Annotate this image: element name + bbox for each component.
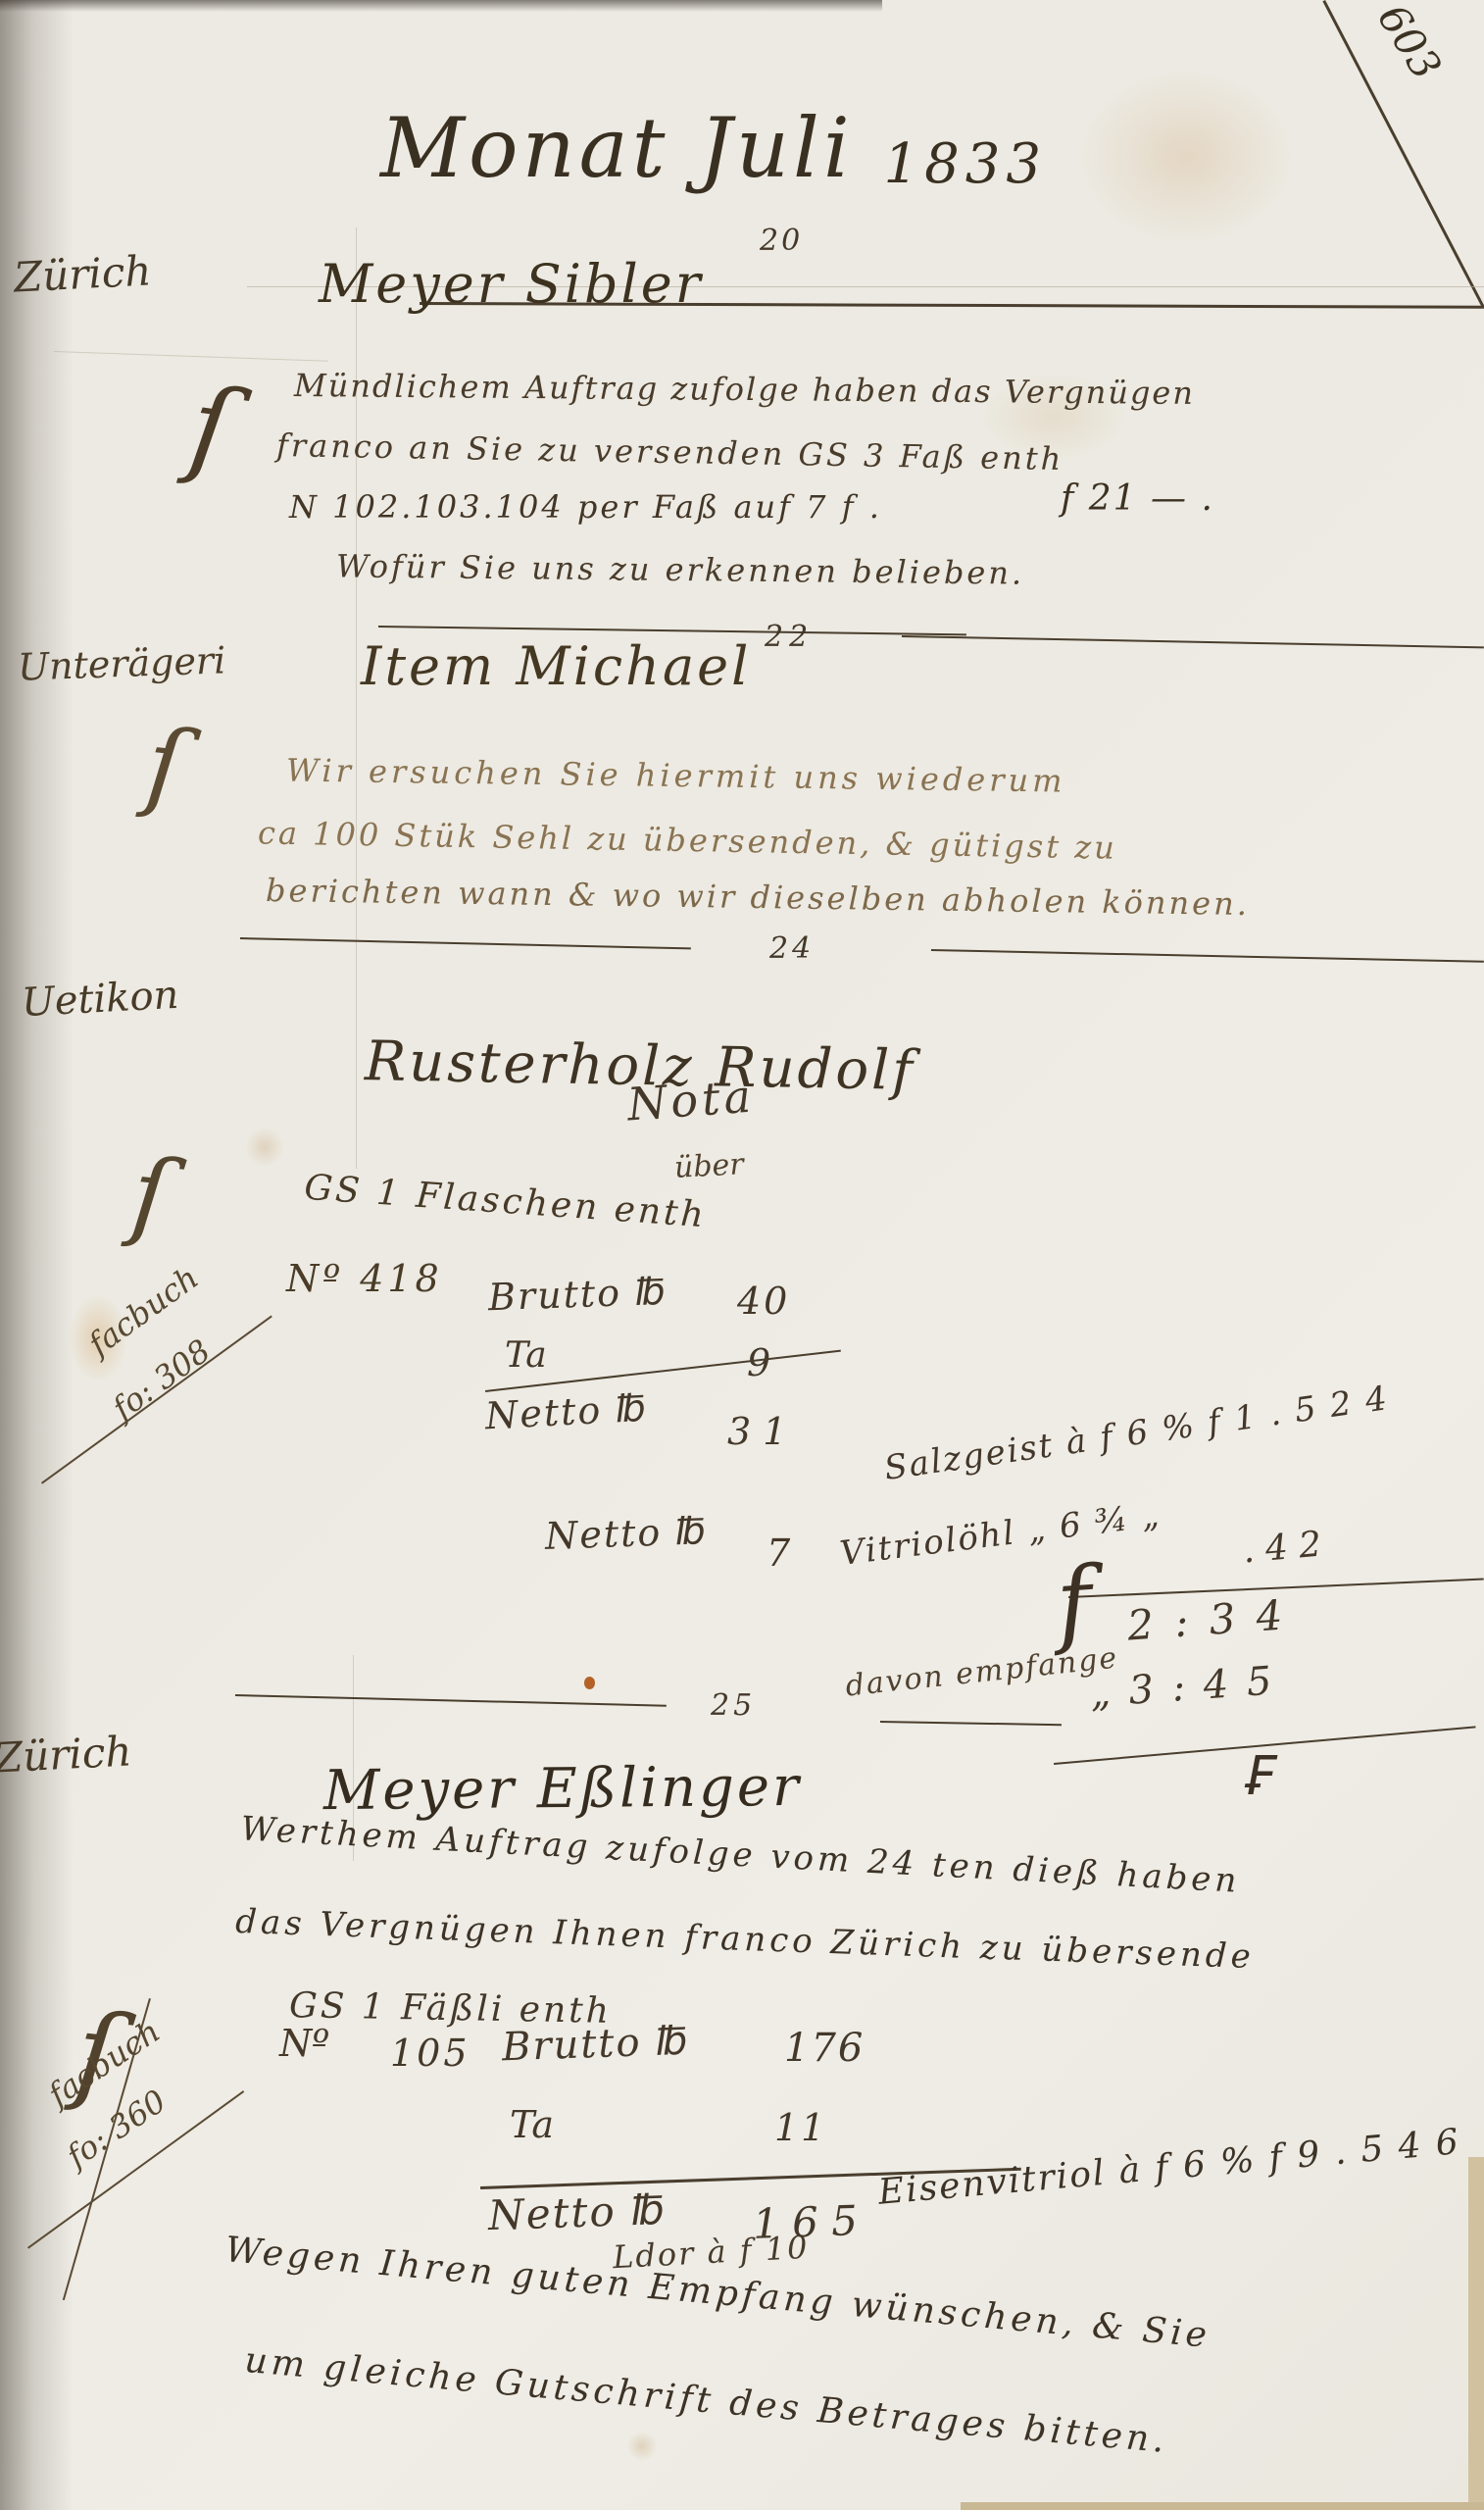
entry-1-line-3: N 102.103.104 per Faß auf 7 f .	[289, 488, 882, 526]
page-number: 603	[1368, 0, 1451, 87]
flourish-mark: ſ	[182, 363, 239, 492]
binding-shadow-top	[0, 0, 882, 12]
entry-4-line-1: Werthem Auftrag zufolge vom 24 ten dieß …	[240, 1809, 1242, 1900]
ledger-page: 603 Monat Juli 1833 Zürich 20 Meyer Sibl…	[0, 0, 1484, 2510]
entry-1-line-2: franco an Sie zu versenden GS 3 Faß enth	[276, 427, 1064, 477]
page-edge-bottom-right	[1468, 2157, 1484, 2510]
page-title: Monat Juli 1833	[380, 100, 1047, 196]
no-label: Nº	[279, 2022, 329, 2065]
entry-4-place: Zürich	[0, 1727, 133, 1782]
entry-2-line-1: Wir ersuchen Sie hiermit uns wiederum	[286, 751, 1066, 799]
brutto-value: 176	[784, 2026, 865, 2071]
entry-3-day: 24	[769, 931, 815, 966]
brutto-label: Brutto ℔	[501, 2019, 690, 2071]
entry-2-header: Item Michael	[361, 635, 751, 697]
nota-sub: über	[673, 1147, 744, 1185]
page-edge-bottom	[961, 2502, 1484, 2510]
entry-2-day: 22	[765, 620, 814, 654]
separator-line	[240, 937, 691, 949]
price-line-salzgeist: Salzgeist à f 6 % f 1 . 5 2 4	[882, 1379, 1392, 1488]
netto-label: Netto ℔	[487, 2185, 668, 2239]
subtotal-value: 2 : 3 4	[1125, 1590, 1287, 1649]
binding-shadow-left	[0, 0, 74, 2510]
tara-value: 11	[774, 2106, 827, 2149]
tara-label: Ta	[510, 2103, 554, 2146]
crossed-total-mark: ₣	[1243, 1745, 1276, 1807]
entry-2-line-2: ca 100 Stük Sehl zu übersenden, & gütigs…	[258, 814, 1117, 866]
entry-3-place: Uetikon	[21, 973, 180, 1026]
entry-1-line-1: Mündlichem Auftrag zufolge haben das Ver…	[294, 367, 1195, 412]
flourish-mark: ſ	[141, 706, 189, 824]
separator-line	[902, 635, 1484, 648]
brutto-value: 40	[737, 1280, 790, 1323]
nota-heading: Nota	[625, 1070, 756, 1131]
separator-line	[235, 1694, 667, 1707]
netto2-value: 7	[767, 1531, 790, 1575]
netto2-label: Netto ℔	[544, 1509, 709, 1558]
title-month: Monat Juli	[380, 100, 854, 196]
nota-desc: GS 1 Flaschen enth	[303, 1168, 708, 1236]
netto-label: Netto ℔	[484, 1386, 649, 1438]
separator-line	[378, 626, 966, 635]
paper-stain	[627, 2432, 657, 2461]
entry-1-day: 20	[760, 224, 803, 258]
entry-2-place: Unterägeri	[17, 638, 226, 688]
paper-stain	[1078, 69, 1294, 245]
subtotal-florin-sign: f	[1053, 1546, 1095, 1658]
entry-2-line-3: berichten wann & wo wir dieselben abhole…	[266, 872, 1250, 923]
entry-1-amount: f 21 — .	[1061, 478, 1214, 519]
flourish-mark: ſ	[126, 1135, 174, 1253]
separator-line	[880, 1721, 1062, 1726]
tara-value: 9	[747, 1341, 770, 1384]
entry-4-day: 25	[711, 1688, 756, 1723]
netto-value: 3 1	[727, 1410, 786, 1453]
ledger-note-1-underline	[41, 1316, 272, 1484]
entry-1-line-4: Wofür Sie uns zu erkennen belieben.	[336, 547, 1025, 591]
no-value: 105	[390, 2032, 470, 2075]
entry-1-place: Zürich	[13, 246, 153, 301]
nota-number: Nº 418	[286, 1257, 443, 1300]
entry-4-line-2: das Vergnügen Ihnen franco Zürich zu übe…	[235, 1902, 1256, 1977]
entry-1-header: Meyer Sibler	[319, 253, 704, 315]
price-vitrioloehl-value: . 4 2	[1241, 1525, 1322, 1572]
separator-line	[931, 949, 1484, 963]
ink-spot	[584, 1677, 595, 1689]
price-line-vitrioloehl: Vitriolöhl „ 6 ¾ „	[838, 1495, 1163, 1574]
tara-label: Ta	[505, 1335, 547, 1376]
price-line-eisenvitriol: Eisenvitriol à f 6 % f 9 . 5 4 6	[876, 2122, 1461, 2213]
davon-note: davon empfange	[844, 1640, 1120, 1703]
entry-4-header: Meyer Eßlinger	[323, 1755, 802, 1823]
title-year: 1833	[883, 132, 1047, 196]
brutto-label: Brutto ℔	[487, 1270, 668, 1319]
closing-line-2: um gleiche Gutschrift des Betrages bitte…	[243, 2340, 1169, 2461]
guide-line	[54, 351, 328, 362]
paper-stain	[245, 1128, 284, 1167]
